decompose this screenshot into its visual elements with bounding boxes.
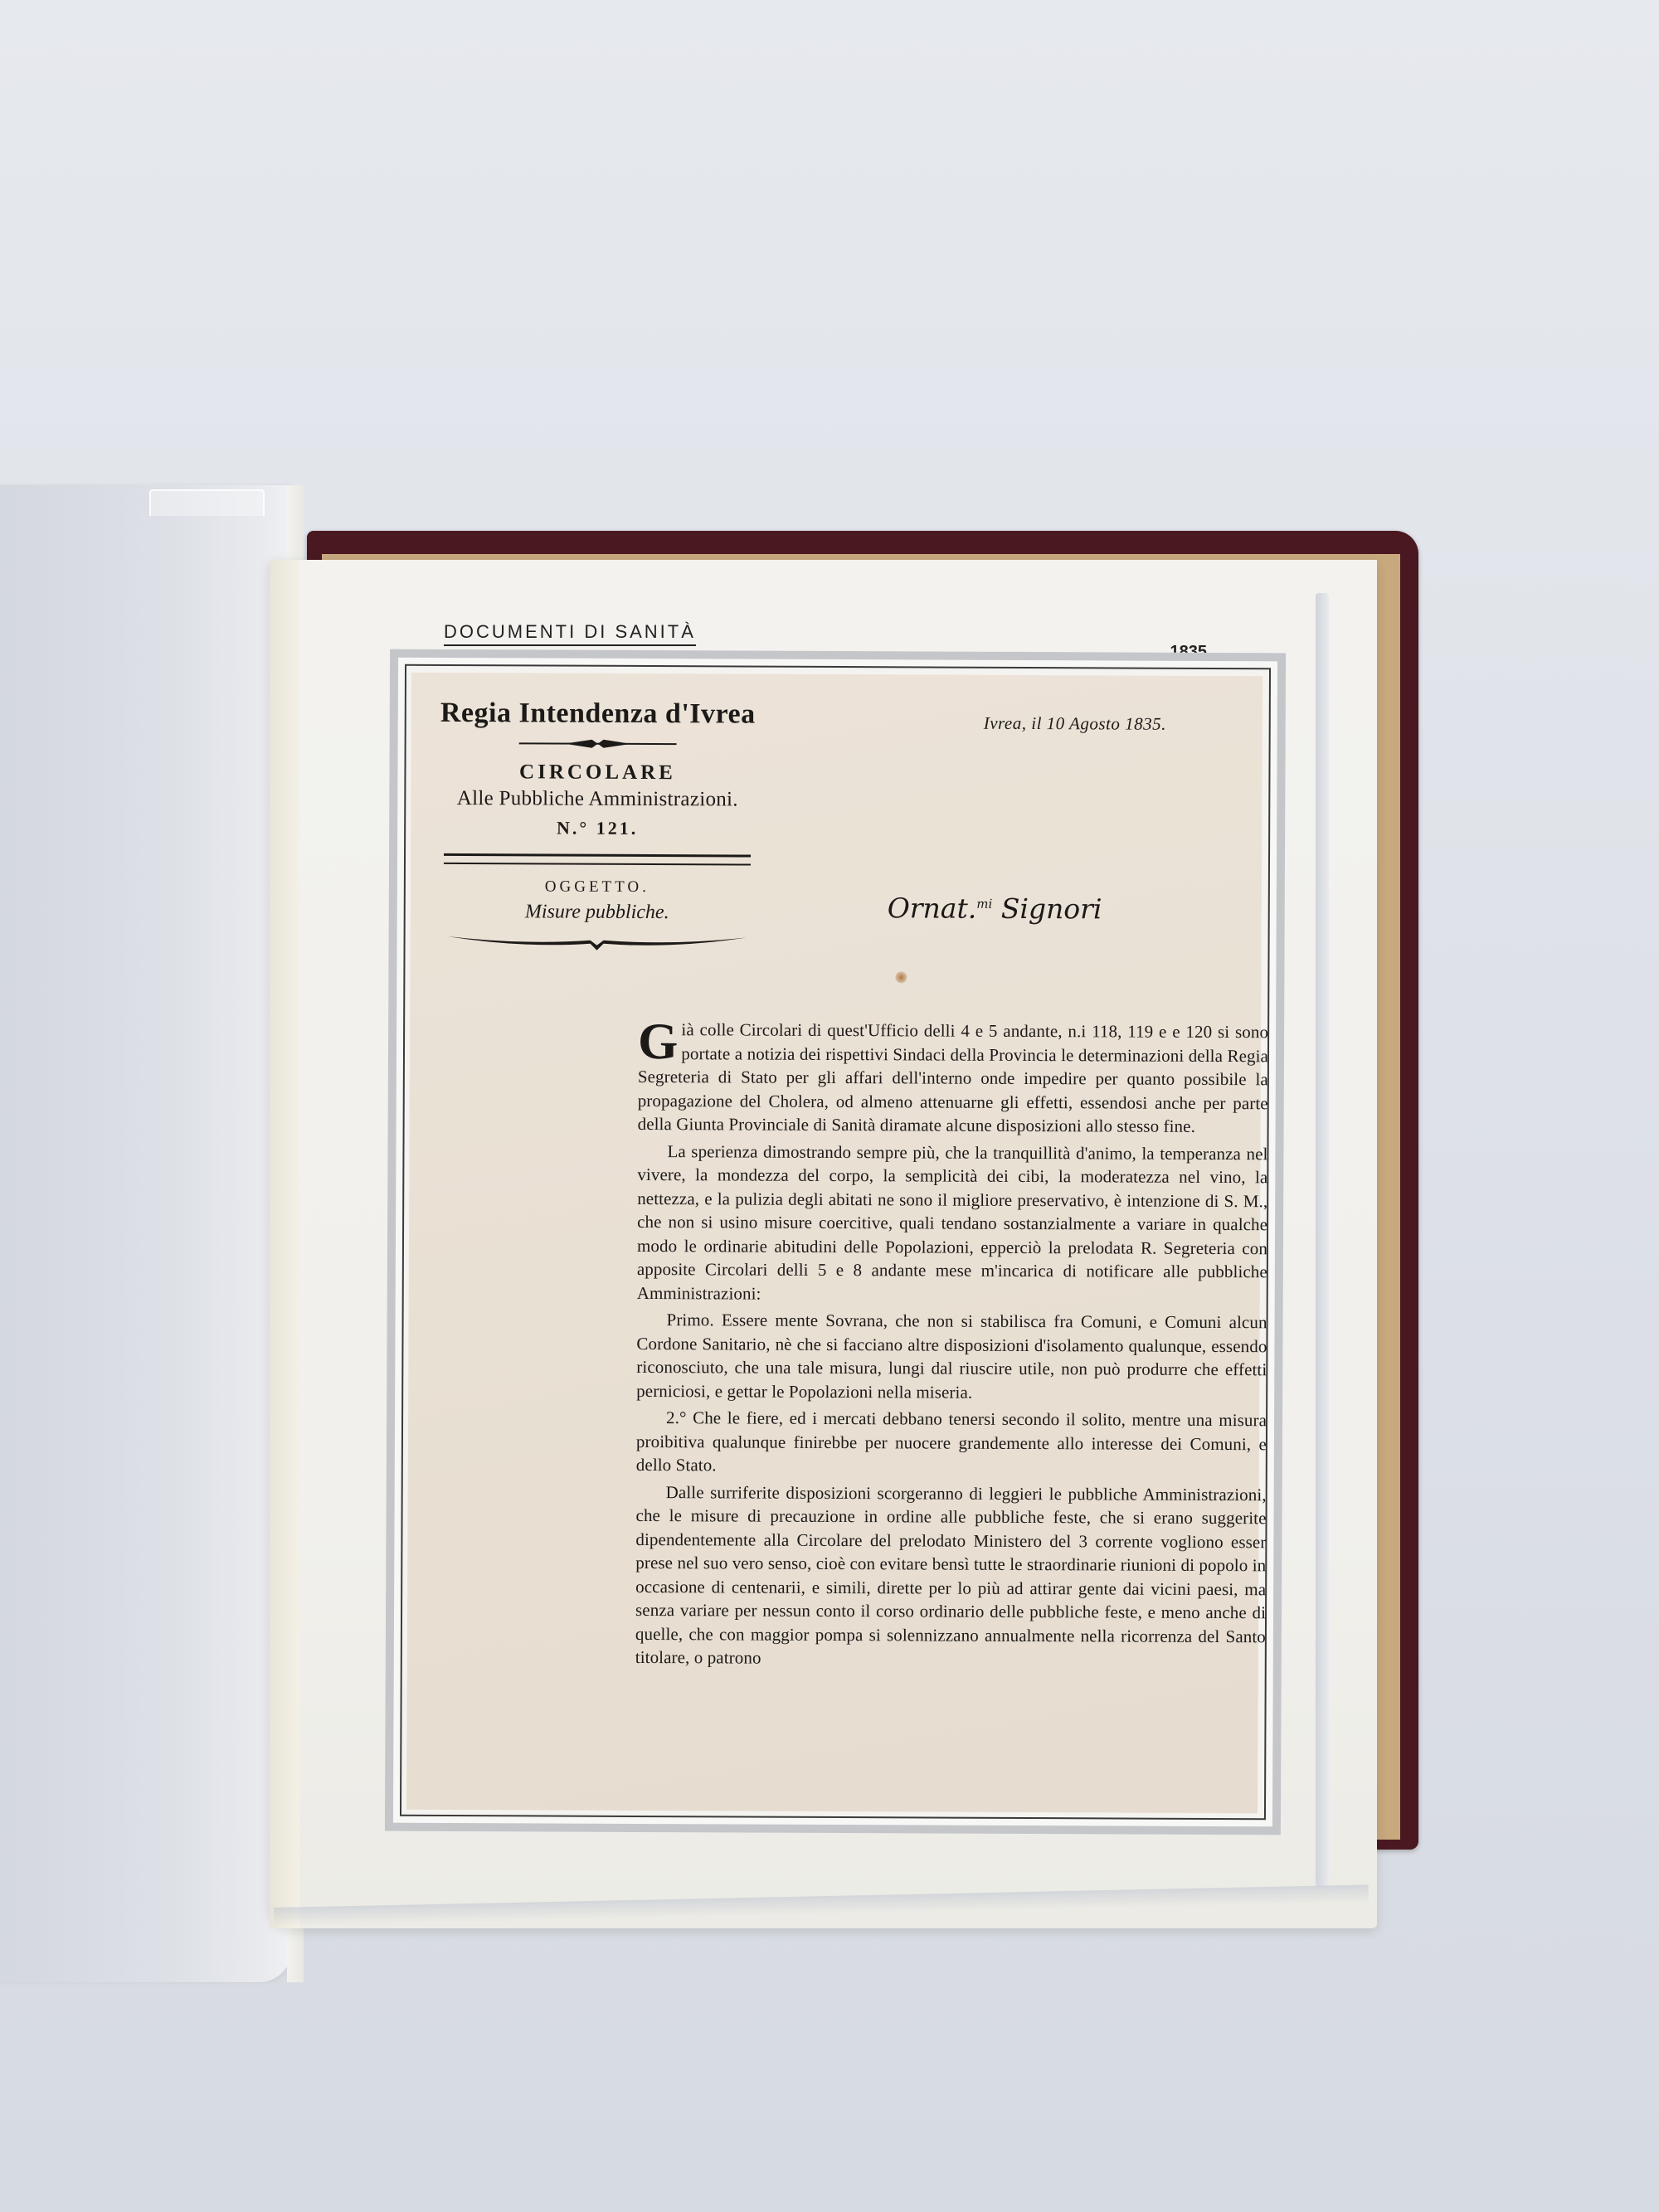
body-text: Già colle Circolari di quest'Ufficio del…: [635, 1018, 1268, 1675]
document-type: CIRCOLARE: [411, 761, 784, 785]
page-spine: [270, 560, 299, 1928]
brace-ornament-icon: [448, 933, 747, 955]
addressee: Alle Pubbliche Amministrazioni.: [411, 787, 784, 812]
left-page-sleeve[interactable]: [0, 485, 292, 1982]
place-date: Ivrea, il 10 Agosto 1835.: [984, 713, 1166, 735]
double-rule: [444, 853, 751, 866]
paper-stain: [895, 971, 907, 983]
circular-number: N.° 121.: [411, 817, 784, 840]
subject-label: OGGETTO.: [411, 878, 784, 897]
paragraph-4: 2.° Che le fiere, ed i mercati debbano t…: [636, 1406, 1267, 1480]
section-title: DOCUMENTI DI SANITÀ: [444, 621, 696, 646]
sleeve-tab: [149, 489, 265, 516]
salutation-main: Ornat.: [888, 892, 977, 924]
paragraph-1: Già colle Circolari di quest'Ufficio del…: [638, 1018, 1269, 1139]
paragraph-1-text: ià colle Circolari di quest'Ufficio dell…: [638, 1019, 1269, 1136]
drop-cap: G: [638, 1021, 679, 1062]
salutation-superscript: mi: [976, 897, 992, 912]
masthead: Regia Intendenza d'Ivrea CIRCOLARE Alle …: [411, 698, 785, 955]
salutation: Ornat.mi Signori: [888, 892, 1102, 925]
document-frame: Regia Intendenza d'Ivrea CIRCOLARE Alle …: [385, 649, 1286, 1835]
paragraph-3: Primo. Essere mente Sovrana, che non si …: [636, 1308, 1267, 1405]
subject-value: Misure pubbliche.: [411, 901, 784, 925]
sleeve-edge: [1316, 593, 1329, 1887]
album-page[interactable]: DOCUMENTI DI SANITÀ 1835 Regia Intendenz…: [270, 560, 1377, 1928]
salutation-end: Signori: [1001, 892, 1102, 926]
paragraph-5: Dalle surriferite disposizioni scorgeran…: [635, 1480, 1267, 1671]
paragraph-2: La sperienza dimostrando sempre più, che…: [637, 1139, 1268, 1307]
ornament-divider-icon: [519, 737, 677, 750]
frame-inner-border: Regia Intendenza d'Ivrea CIRCOLARE Alle …: [400, 664, 1271, 1821]
issuing-office: Regia Intendenza d'Ivrea: [411, 698, 785, 731]
circular-document: Regia Intendenza d'Ivrea CIRCOLARE Alle …: [406, 673, 1262, 1813]
